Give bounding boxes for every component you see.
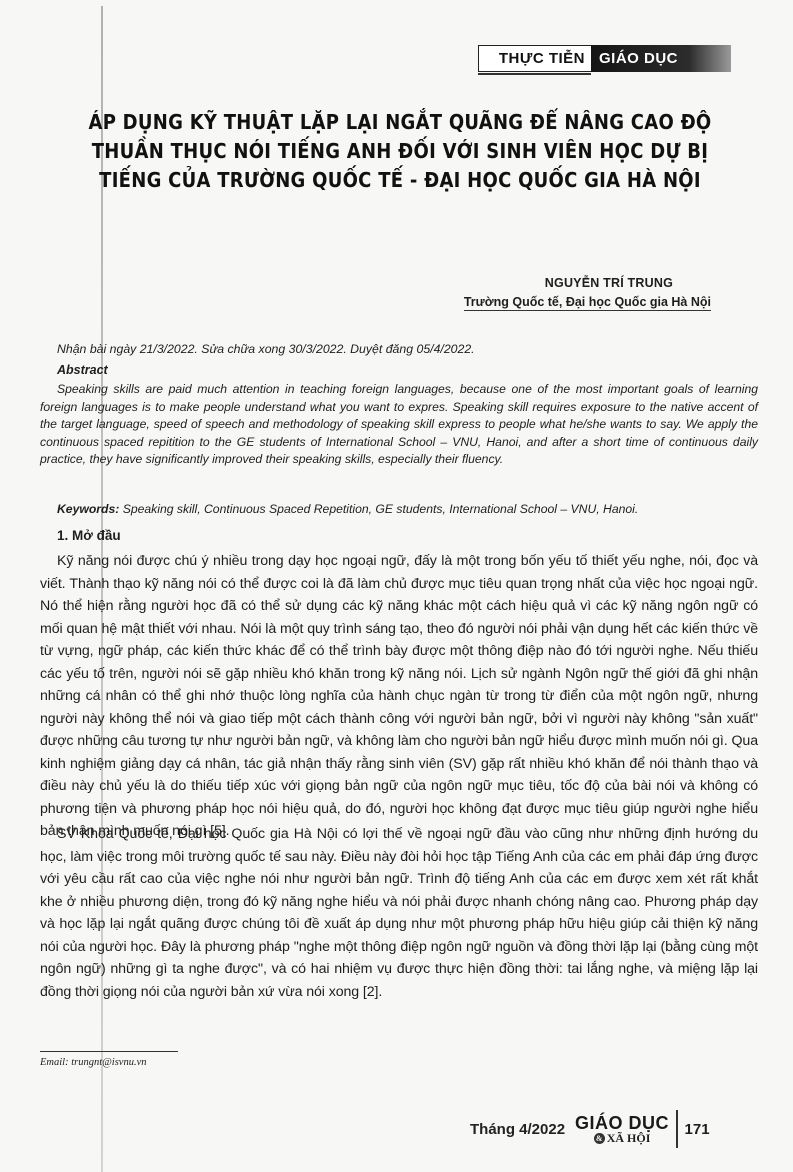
author-block: NGUYỄN TRÍ TRUNG Trường Quốc tế, Đại học… [464,274,711,312]
footnote-email: Email: trungnt@isvnu.vn [40,1057,146,1068]
section-heading: 1. Mở đầu [57,528,121,543]
author-name: NGUYỄN TRÍ TRUNG [464,274,711,293]
logo-top-text: GIÁO DỤC [575,1114,669,1132]
ampersand-icon: & [594,1133,605,1144]
section-tag: THỰC TIỄN GIÁO DỤC [478,45,731,72]
keywords-text: Speaking skill, Continuous Spaced Repeti… [119,502,638,516]
footnote-divider [40,1051,178,1052]
author-affiliation: Trường Quốc tế, Đại học Quốc gia Hà Nội [464,295,711,311]
keywords-label: Keywords: [57,502,119,516]
footer-divider [676,1110,678,1148]
article-title: ÁP DỤNG KỸ THUẬT LẶP LẠI NGẮT QUÃNG ĐỂ N… [76,108,724,195]
body-paragraph: Kỹ năng nói được chú ý nhiều trong dạy h… [40,550,758,843]
journal-logo: GIÁO DỤC & XÃ HỘI [575,1114,669,1144]
logo-bottom-row: & XÃ HỘI [594,1132,651,1144]
section-tag-underline [478,73,591,75]
logo-bottom-text: XÃ HỘI [607,1132,651,1144]
abstract-heading: Abstract [57,363,108,377]
section-tag-left: THỰC TIỄN [478,45,591,72]
page-footer: Tháng 4/2022 GIÁO DỤC & XÃ HỘI 171 [470,1107,710,1151]
keywords: Keywords: Speaking skill, Continuous Spa… [57,502,757,516]
page-number: 171 [685,1121,710,1138]
submission-dates: Nhận bài ngày 21/3/2022. Sửa chữa xong 3… [57,342,475,356]
section-tag-right: GIÁO DỤC [591,45,731,72]
abstract-text: Speaking skills are paid much attention … [40,381,758,469]
body-paragraph: SV Khoa Quốc tế, Đại học Quốc gia Hà Nội… [40,823,758,1003]
issue-date: Tháng 4/2022 [470,1121,565,1138]
